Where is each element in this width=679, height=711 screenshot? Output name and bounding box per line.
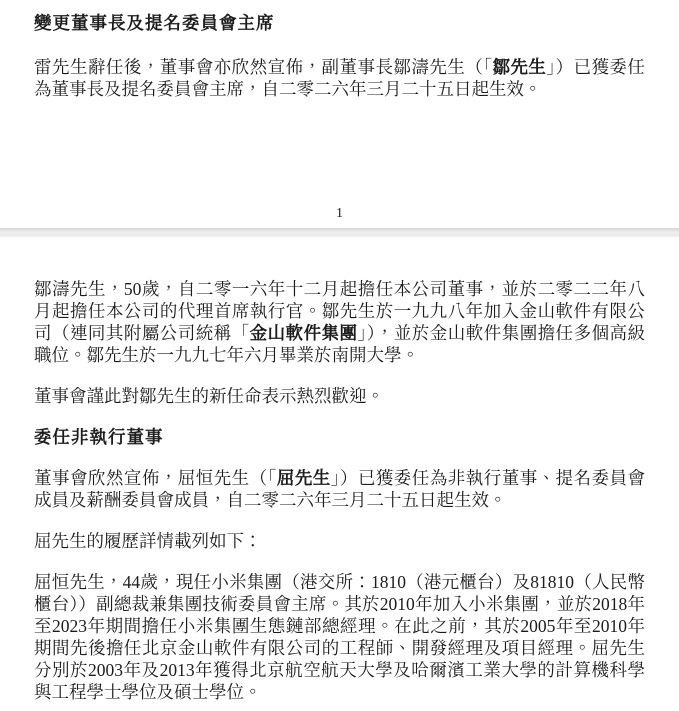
paragraph-qu-biography: 屈恒先生，44歲，現任小米集團（港交所：1810（港元櫃台）及81810（人民幣…: [34, 571, 645, 703]
paragraph-non-exec-appointment: 董事會欣然宣佈，屈恒先生（「屈先生」）已獲委任為非執行董事、提名委員會成員及薪酬…: [34, 467, 645, 511]
page-separator: [0, 228, 679, 237]
paragraph-chairman-appointment: 雷先生辭任後，董事會亦欣然宣佈，副董事長鄒濤先生（「鄒先生」）已獲委任為董事長及…: [34, 56, 645, 100]
paragraph-zou-biography: 鄒濤先生，50歲，自二零一六年十二月起擔任本公司董事，並於二零二二年八月起擔任本…: [34, 278, 645, 366]
page-1: 變更董事長及提名委員會主席 雷先生辭任後，董事會亦欣然宣佈，副董事長鄒濤先生（「…: [0, 0, 679, 228]
page-2: 鄒濤先生，50歲，自二零一六年十二月起擔任本公司董事，並於二零二二年八月起擔任本…: [0, 237, 679, 711]
paragraph-bio-intro: 屈先生的履歷詳情載列如下：: [34, 530, 645, 552]
heading-non-exec-appointment: 委任非執行董事: [34, 426, 645, 448]
page-number: 1: [0, 206, 679, 222]
heading-chairman-change: 變更董事長及提名委員會主席: [34, 12, 645, 34]
announcement-document: 變更董事長及提名委員會主席 雷先生辭任後，董事會亦欣然宣佈，副董事長鄒濤先生（「…: [0, 0, 679, 711]
paragraph-welcome: 董事會謹此對鄒先生的新任命表示熱烈歡迎。: [34, 385, 645, 407]
